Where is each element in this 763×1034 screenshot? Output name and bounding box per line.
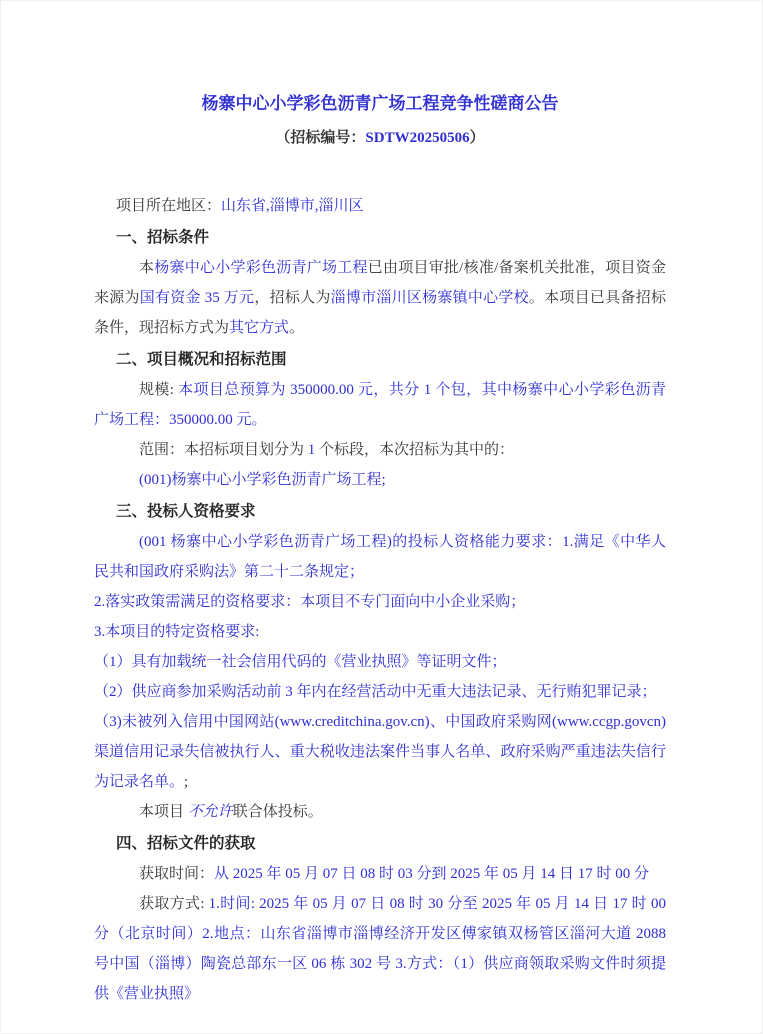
text-run: SDTW20250506 [365,130,469,146]
qualification-requirement-3: 3.本项目的特定资格要求: [94,617,666,647]
specific-requirement-2: （2）供应商参加采购活动前 3 年内在经营活动中无重大违法记录、无行贿犯罪记录； [94,677,666,707]
text-run: （招标编号： [275,130,365,146]
lot-001-line: (001)杨寨中心小学彩色沥青广场工程; [94,465,666,495]
text-run: 获取时间： [139,866,214,882]
text-run: ） [470,130,485,146]
text-run: (001 杨寨中心小学彩色沥青广场工程)的投标人资格能力要求：1.满足《中华人民… [94,534,666,580]
consortium-bidding-line: 本项目 不允许联合体投标。 [94,797,666,827]
text-run: 3.本项目的特定资格要求: [94,624,259,640]
acquisition-time-line: 获取时间：从 2025 年 05 月 07 日 08 时 03 分到 2025 … [94,859,666,889]
section-heading-3: 三、投标人资格要求 [116,497,666,527]
text-run: 本项目 [139,804,188,820]
text-run: 联合体投标。 [233,804,323,820]
text-run: ，招标人为 [254,290,330,306]
document-body: 项目所在地区：山东省,淄博市,淄川区一、招标条件本杨寨中心小学彩色沥青广场工程已… [94,191,666,1009]
acquisition-method-paragraph: 获取方式: 1.时间: 2025 年 05 月 07 日 08 时 30 分至 … [94,889,666,1009]
text-run: （2）供应商参加采购活动前 3 年内在经营活动中无重大违法记录、无行贿犯罪记录； [94,684,657,700]
scale-paragraph: 规模: 本项目总预算为 350000.00 元，共分 1 个包，其中杨寨中心小学… [94,375,666,435]
tender-conditions-paragraph: 本杨寨中心小学彩色沥青广场工程已由项目审批/核准/备案机关批准，项目资金来源为国… [94,253,666,343]
text-run: 范围：本招标项目划分为 [139,442,308,458]
text-run: 2.落实政策需满足的资格要求：本项目不专门面向中小企业采购； [94,594,525,610]
document-page: 杨寨中心小学彩色沥青广场工程竞争性磋商公告 （招标编号：SDTW20250506… [0,0,763,1034]
text-run: 本项目总预算为 350000.00 元，共分 1 个包，其中杨寨中心小学彩色沥青… [94,382,666,428]
text-run: 。 [289,320,304,336]
text-run: 杨寨中心小学彩色沥青广场工程 [154,260,367,276]
section-heading-4: 四、招标文件的获取 [116,829,666,859]
specific-requirement-3: （3)未被列入信用中国网站(www.creditchina.gov.cn)、中国… [94,707,666,797]
text-run: 山东省,淄博市,淄川区 [221,198,364,214]
text-run: 个标段，本次招标为其中的： [315,442,514,458]
text-run: 国有资金 35 万元 [140,290,255,306]
section-heading-1: 一、招标条件 [116,223,666,253]
text-run: 规模: [139,382,178,398]
range-paragraph: 范围：本招标项目划分为 1 个标段，本次招标为其中的： [94,435,666,465]
specific-requirement-1: （1）具有加载统一社会信用代码的《营业执照》等证明文件； [94,647,666,677]
text-run: 淄博市淄川区杨寨镇中心学校 [331,290,529,306]
tender-number-line: （招标编号：SDTW20250506） [94,127,666,149]
text-run: （3)未被列入信用中国网站(www.creditchina.gov.cn)、中国… [94,714,666,790]
text-run: 不允许 [188,804,233,820]
text-run: 项目所在地区： [116,198,221,214]
project-location-line: 项目所在地区：山东省,淄博市,淄川区 [116,191,666,221]
document-title: 杨寨中心小学彩色沥青广场工程竞争性磋商公告 [94,93,666,115]
text-run: ; [184,774,188,790]
document-content: 杨寨中心小学彩色沥青广场工程竞争性磋商公告 （招标编号：SDTW20250506… [1,1,762,1009]
text-run: 获取方式: [139,896,209,912]
qualification-requirement-1: (001 杨寨中心小学彩色沥青广场工程)的投标人资格能力要求：1.满足《中华人民… [94,527,666,587]
qualification-requirement-2: 2.落实政策需满足的资格要求：本项目不专门面向中小企业采购； [94,587,666,617]
text-run: 其它方式 [229,320,289,336]
text-run: 从 2025 年 05 月 07 日 08 时 03 分到 2025 年 05 … [214,866,649,882]
text-run: (001)杨寨中心小学彩色沥青广场工程; [139,472,386,488]
section-heading-2: 二、项目概况和招标范围 [116,345,666,375]
text-run: 本 [139,260,154,276]
text-run: （1）具有加载统一社会信用代码的《营业执照》等证明文件； [94,654,507,670]
